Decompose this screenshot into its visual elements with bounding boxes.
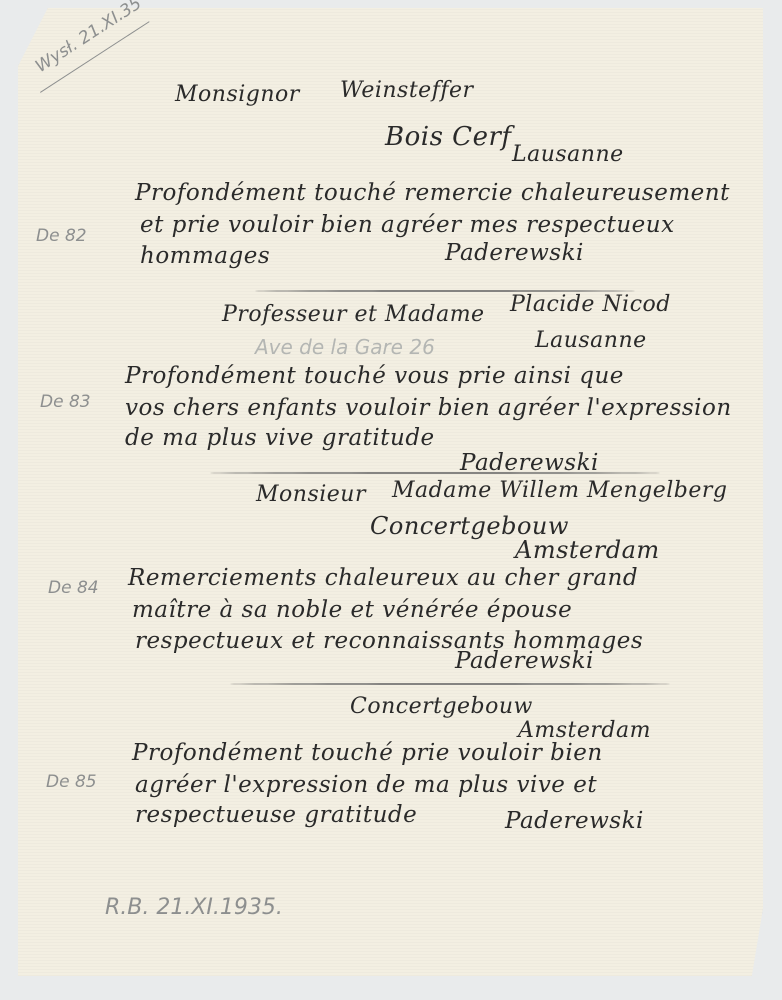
section-divider (230, 683, 670, 685)
body-line: et prie vouloir bien agréer mes respectu… (140, 212, 675, 238)
section-divider (210, 472, 660, 474)
body-line: maître à sa noble et vénérée épouse (132, 597, 572, 623)
address-city: Lausanne (535, 328, 647, 353)
addressee-name: Madame Willem Mengelberg (392, 478, 727, 503)
body-line: agréer l'expression de ma plus vive et (135, 772, 597, 798)
addressee-name: Weinsteffer (340, 78, 474, 103)
body-line: vos chers enfants vouloir bien agréer l'… (125, 395, 732, 421)
body-line: Profondément touché prie vouloir bien (132, 740, 603, 766)
pencil-address: Ave de la Gare 26 (255, 335, 435, 359)
body-line: de ma plus vive gratitude (125, 425, 435, 451)
addressee-title: Professeur et Madame (222, 302, 485, 327)
address-city: Lausanne (512, 142, 624, 167)
address-line: Concertgebouw (350, 694, 533, 719)
signature: Paderewski (505, 808, 644, 834)
body-line: hommages (140, 243, 270, 269)
telegram-ref: De 85 (46, 772, 97, 792)
address-line: Bois Cerf (385, 122, 512, 152)
signature: Paderewski (445, 240, 584, 266)
addressee-title: Monsignor (175, 82, 300, 107)
body-line: Remerciements chaleureux au cher grand (128, 565, 638, 591)
body-line: Profondément touché vous prie ainsi que (125, 363, 624, 389)
telegram-ref: De 83 (40, 392, 91, 412)
addressee-title: Monsieur (256, 482, 366, 507)
body-line: respectueuse gratitude (135, 802, 417, 828)
telegram-ref: De 84 (48, 578, 99, 598)
footer-note: R.B. 21.XI.1935. (105, 895, 283, 920)
signature: Paderewski (455, 648, 594, 674)
telegram-ref: De 82 (36, 226, 87, 246)
body-line: Profondément touché remercie chaleureuse… (135, 180, 730, 206)
addressee-name: Placide Nicod (510, 292, 671, 317)
address-city: Amsterdam (515, 536, 660, 564)
